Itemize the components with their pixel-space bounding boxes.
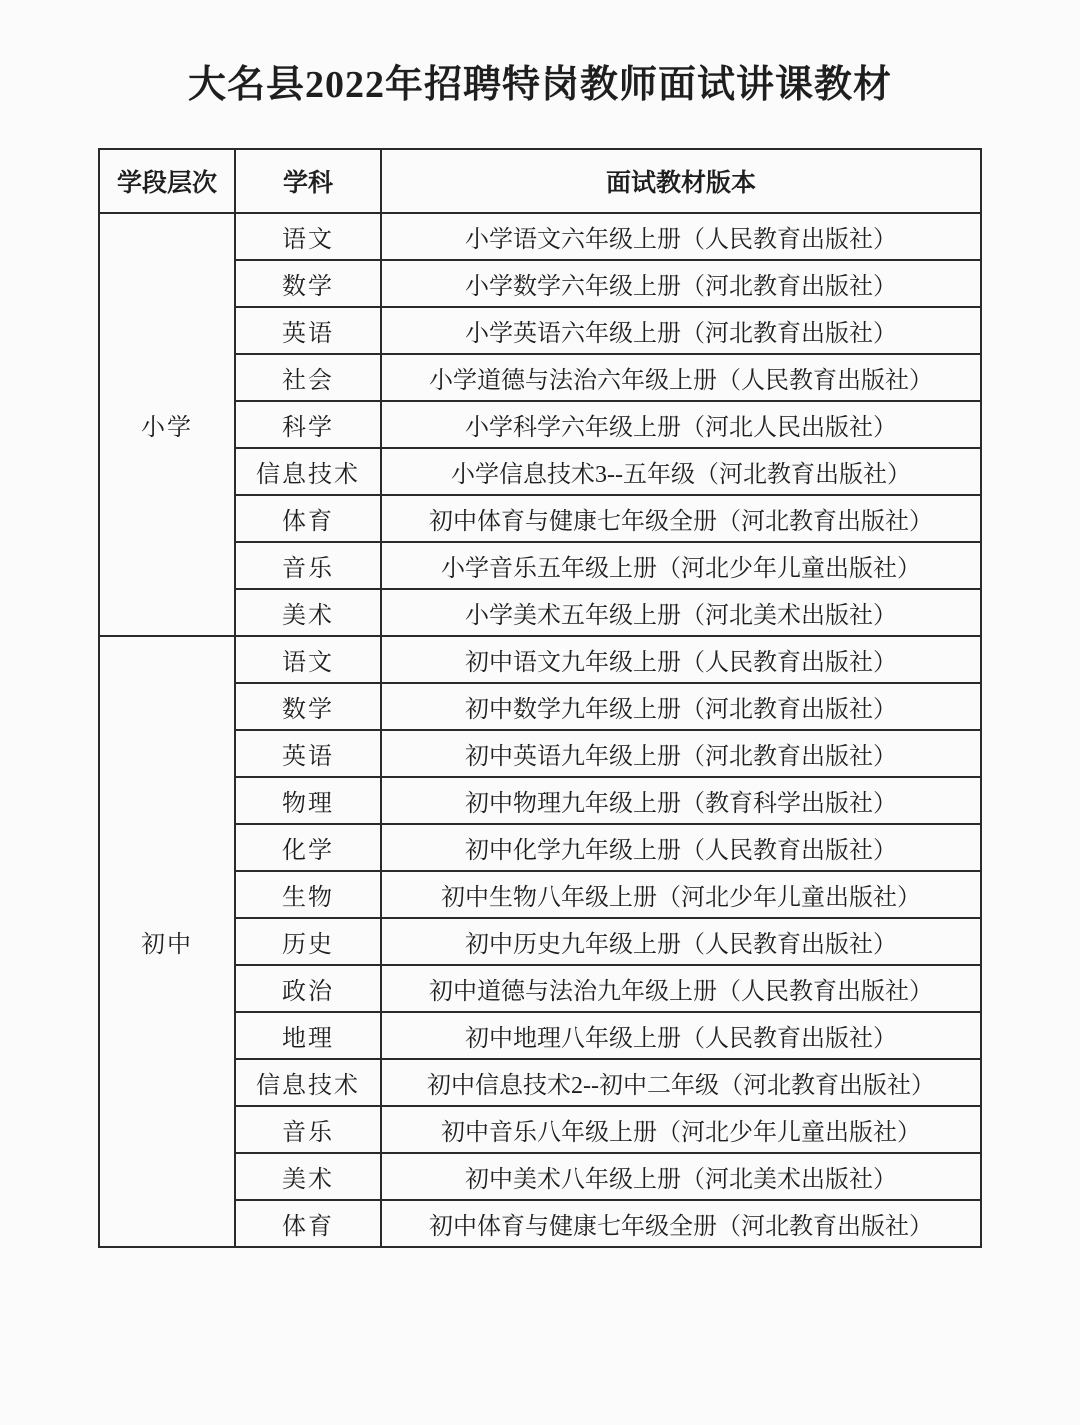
material-cell: 小学数学六年级上册（河北教育出版社） — [381, 260, 981, 307]
subject-cell: 体育 — [235, 495, 381, 542]
subject-cell: 音乐 — [235, 542, 381, 589]
page-title: 大名县2022年招聘特岗教师面试讲课教材 — [0, 64, 1080, 108]
subject-cell: 政治 — [235, 965, 381, 1012]
header-material-column: 面试教材版本 — [381, 149, 981, 213]
material-cell: 小学科学六年级上册（河北人民出版社） — [381, 401, 981, 448]
document-page: 大名县2022年招聘特岗教师面试讲课教材 学段层次 学科 面试教材版本 小学语文… — [0, 0, 1080, 1425]
material-cell: 初中物理九年级上册（教育科学出版社） — [381, 777, 981, 824]
material-cell: 初中历史九年级上册（人民教育出版社） — [381, 918, 981, 965]
subject-cell: 信息技术 — [235, 1059, 381, 1106]
material-cell: 初中英语九年级上册（河北教育出版社） — [381, 730, 981, 777]
subject-cell: 地理 — [235, 1012, 381, 1059]
subject-cell: 体育 — [235, 1200, 381, 1247]
material-cell: 初中化学九年级上册（人民教育出版社） — [381, 824, 981, 871]
material-cell: 小学美术五年级上册（河北美术出版社） — [381, 589, 981, 636]
table-row: 初中语文初中语文九年级上册（人民教育出版社） — [99, 636, 981, 683]
material-cell: 初中体育与健康七年级全册（河北教育出版社） — [381, 1200, 981, 1247]
material-cell: 初中语文九年级上册（人民教育出版社） — [381, 636, 981, 683]
subject-cell: 物理 — [235, 777, 381, 824]
subject-cell: 社会 — [235, 354, 381, 401]
header-level-column: 学段层次 — [99, 149, 235, 213]
subject-cell: 美术 — [235, 589, 381, 636]
subject-cell: 语文 — [235, 213, 381, 260]
subject-cell: 生物 — [235, 871, 381, 918]
material-cell: 初中音乐八年级上册（河北少年儿童出版社） — [381, 1106, 981, 1153]
header-subject-column: 学科 — [235, 149, 381, 213]
subject-cell: 美术 — [235, 1153, 381, 1200]
materials-table: 学段层次 学科 面试教材版本 小学语文小学语文六年级上册（人民教育出版社）数学小… — [98, 148, 982, 1248]
material-cell: 初中数学九年级上册（河北教育出版社） — [381, 683, 981, 730]
material-cell: 小学英语六年级上册（河北教育出版社） — [381, 307, 981, 354]
subject-cell: 语文 — [235, 636, 381, 683]
level-cell: 小学 — [99, 213, 235, 636]
subject-cell: 数学 — [235, 683, 381, 730]
material-cell: 初中美术八年级上册（河北美术出版社） — [381, 1153, 981, 1200]
subject-cell: 英语 — [235, 730, 381, 777]
level-cell: 初中 — [99, 636, 235, 1247]
material-cell: 初中生物八年级上册（河北少年儿童出版社） — [381, 871, 981, 918]
material-cell: 小学信息技术3--五年级（河北教育出版社） — [381, 448, 981, 495]
subject-cell: 音乐 — [235, 1106, 381, 1153]
subject-cell: 英语 — [235, 307, 381, 354]
subject-cell: 化学 — [235, 824, 381, 871]
subject-cell: 数学 — [235, 260, 381, 307]
material-cell: 小学音乐五年级上册（河北少年儿童出版社） — [381, 542, 981, 589]
material-cell: 初中道德与法治九年级上册（人民教育出版社） — [381, 965, 981, 1012]
table-row: 小学语文小学语文六年级上册（人民教育出版社） — [99, 213, 981, 260]
table-header-row: 学段层次 学科 面试教材版本 — [99, 149, 981, 213]
material-cell: 初中体育与健康七年级全册（河北教育出版社） — [381, 495, 981, 542]
material-cell: 小学语文六年级上册（人民教育出版社） — [381, 213, 981, 260]
subject-cell: 历史 — [235, 918, 381, 965]
material-cell: 小学道德与法治六年级上册（人民教育出版社） — [381, 354, 981, 401]
material-cell: 初中信息技术2--初中二年级（河北教育出版社） — [381, 1059, 981, 1106]
subject-cell: 科学 — [235, 401, 381, 448]
material-cell: 初中地理八年级上册（人民教育出版社） — [381, 1012, 981, 1059]
subject-cell: 信息技术 — [235, 448, 381, 495]
